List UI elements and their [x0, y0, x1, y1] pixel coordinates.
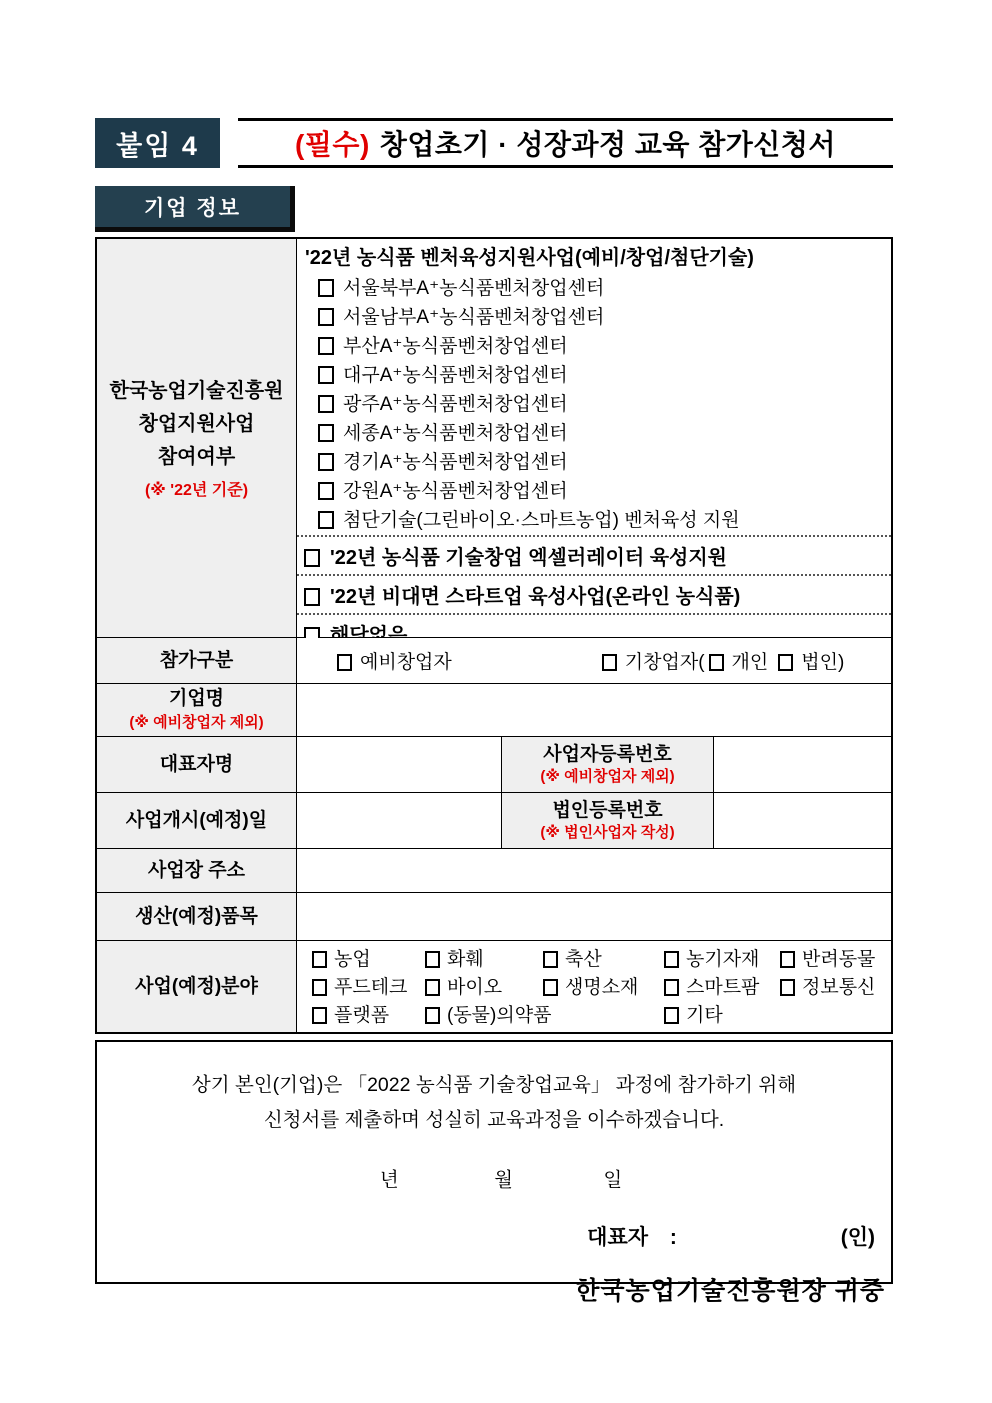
center-option-gwangju[interactable]: 광주A⁺농식품벤처창업센터 — [305, 390, 891, 419]
participation-note: (※ '22년 기준) — [145, 480, 248, 502]
checkbox-icon[interactable] — [543, 951, 558, 968]
checkbox-icon[interactable] — [337, 654, 352, 671]
participant-type-label: 참가구분 — [97, 638, 297, 683]
business-fields-label: 사업(예정)분야 — [97, 941, 297, 1032]
row-participant-type: 참가구분 예비창업자 기창업자(개인법인) — [97, 637, 891, 683]
checkbox-icon[interactable] — [543, 979, 558, 996]
center-option-seoul-south[interactable]: 서울남부A⁺농식품벤처창업센터 — [305, 303, 891, 332]
checkbox-icon-individual[interactable] — [709, 654, 724, 671]
pledge-line-2: 신청서를 제출하며 성실히 교육과정을 이수하겠습니다. — [97, 1103, 891, 1138]
date-line: 년 월 일 — [97, 1164, 891, 1192]
company-name-note: (※ 예비창업자 제외) — [129, 712, 263, 734]
fields-row-3: 플랫폼 (동물)의약품 기타 — [312, 1002, 891, 1030]
representative-line: 대표자 : (인) — [97, 1221, 891, 1251]
attachment-badge: 붙임 4 — [95, 118, 220, 168]
checkbox-icon[interactable] — [425, 979, 440, 996]
start-date-input[interactable] — [297, 793, 502, 848]
option-pre-founder[interactable]: 예비창업자 — [337, 647, 452, 674]
year-label: 년 — [380, 1164, 399, 1192]
field-option-pet[interactable]: 반려동물 — [780, 946, 891, 974]
checkbox-icon[interactable] — [318, 424, 334, 442]
seal-label: (인) — [841, 1226, 875, 1249]
checkbox-icon[interactable] — [664, 1007, 679, 1024]
row-address: 사업장 주소 — [97, 848, 891, 892]
field-option-farm-materials[interactable]: 농기자재 — [664, 946, 780, 974]
field-option-bio[interactable]: 바이오 — [425, 974, 543, 1002]
row-participation: 한국농업기술진흥원 창업지원사업 참여여부 (※ '22년 기준) '22년 농… — [97, 239, 891, 637]
pledge-line-1: 상기 본인(기업)은 「2022 농식품 기술창업교육」 과정에 참가하기 위해 — [97, 1068, 891, 1103]
checkbox-icon[interactable] — [318, 511, 334, 529]
row-ceo: 대표자명 사업자등록번호 (※ 예비창업자 제외) — [97, 736, 891, 792]
venture-program-title: '22년 농식품 벤처육성지원사업(예비/창업/첨단기술) — [305, 242, 891, 274]
checkbox-icon[interactable] — [664, 951, 679, 968]
field-option-smartfarm[interactable]: 스마트팜 — [664, 974, 780, 1002]
center-option-sejong[interactable]: 세종A⁺농식품벤처창업센터 — [305, 419, 891, 448]
address-label: 사업장 주소 — [97, 849, 297, 892]
venture-program-group: '22년 농식품 벤처육성지원사업(예비/창업/첨단기술) 서울북부A⁺농식품벤… — [297, 239, 891, 535]
tab-company-info: 기업 정보 — [95, 186, 295, 232]
center-option-daegu[interactable]: 대구A⁺농식품벤처창업센터 — [305, 361, 891, 390]
checkbox-icon[interactable] — [304, 549, 320, 567]
field-option-agriculture[interactable]: 농업 — [312, 946, 425, 974]
pledge-text: 상기 본인(기업)은 「2022 농식품 기술창업교육」 과정에 참가하기 위해… — [97, 1068, 891, 1138]
checkbox-icon[interactable] — [318, 453, 334, 471]
month-label: 월 — [494, 1164, 513, 1192]
header: 붙임 4 (필수) 창업초기 · 성장과정 교육 참가신청서 — [95, 118, 893, 168]
field-option-biomaterial[interactable]: 생명소재 — [543, 974, 664, 1002]
row-products: 생산(예정)품목 — [97, 892, 891, 940]
checkbox-icon[interactable] — [318, 395, 334, 413]
address-input[interactable] — [297, 849, 891, 892]
field-option-ict[interactable]: 정보통신 — [780, 974, 891, 1002]
representative-colon: : — [670, 1226, 677, 1249]
form-title: (필수) 창업초기 · 성장과정 교육 참가신청서 — [238, 118, 893, 168]
checkbox-icon[interactable] — [780, 951, 795, 968]
checkbox-icon[interactable] — [304, 588, 320, 606]
fields-row-2: 푸드테크 바이오 생명소재 스마트팜 정보통신 — [312, 974, 891, 1002]
checkbox-icon[interactable] — [780, 979, 795, 996]
option-existing-founder[interactable]: 기창업자(개인법인) — [602, 647, 845, 674]
center-option-gyeonggi[interactable]: 경기A⁺농식품벤처창업센터 — [305, 448, 891, 477]
checkbox-icon[interactable] — [312, 979, 327, 996]
center-option-seoul-north[interactable]: 서울북부A⁺농식품벤처창업센터 — [305, 274, 891, 303]
checkbox-icon[interactable] — [318, 279, 334, 297]
center-option-advanced-tech[interactable]: 첨단기술(그린바이오·스마트농업) 벤처육성 지원 — [305, 506, 891, 535]
checkbox-icon[interactable] — [312, 951, 327, 968]
checkbox-icon[interactable] — [318, 337, 334, 355]
recipient-line: 한국농업기술진흥원장 귀중 — [97, 1271, 891, 1307]
ceo-name-label: 대표자명 — [97, 737, 297, 792]
start-date-label: 사업개시(예정)일 — [97, 793, 297, 848]
checkbox-icon[interactable] — [318, 366, 334, 384]
company-name-label: 기업명 (※ 예비창업자 제외) — [97, 684, 297, 736]
checkbox-icon[interactable] — [664, 979, 679, 996]
row-company-name: 기업명 (※ 예비창업자 제외) — [97, 683, 891, 736]
checkbox-icon[interactable] — [425, 951, 440, 968]
participation-options: '22년 농식품 벤처육성지원사업(예비/창업/첨단기술) 서울북부A⁺농식품벤… — [297, 239, 891, 637]
checkbox-icon[interactable] — [318, 308, 334, 326]
option-untact-startup[interactable]: '22년 비대면 스타트업 육성사업(온라인 농식품) — [297, 574, 891, 613]
business-fields-options: 농업 화훼 축산 농기자재 반려동물 푸드테크 바이오 생명소재 스마트팜 정보… — [297, 941, 891, 1032]
participation-label: 한국농업기술진흥원 창업지원사업 참여여부 (※ '22년 기준) — [97, 239, 297, 637]
signature-section: 상기 본인(기업)은 「2022 농식품 기술창업교육」 과정에 참가하기 위해… — [95, 1040, 893, 1284]
field-option-livestock[interactable]: 축산 — [543, 946, 664, 974]
company-name-input[interactable] — [297, 684, 891, 736]
field-option-etc[interactable]: 기타 — [664, 1002, 780, 1030]
company-info-table: 한국농업기술진흥원 창업지원사업 참여여부 (※ '22년 기준) '22년 농… — [95, 237, 893, 1034]
biz-reg-no-note: (※ 예비창업자 제외) — [540, 767, 674, 787]
participant-type-options: 예비창업자 기창업자(개인법인) — [297, 638, 891, 683]
products-input[interactable] — [297, 893, 891, 940]
center-option-gangwon[interactable]: 강원A⁺농식품벤처창업센터 — [305, 477, 891, 506]
fields-row-1: 농업 화훼 축산 농기자재 반려동물 — [312, 946, 891, 974]
representative-label: 대표자 — [587, 1226, 648, 1249]
form-title-text: 창업초기 · 성장과정 교육 참가신청서 — [380, 123, 836, 163]
field-option-foodtech[interactable]: 푸드테크 — [312, 974, 425, 1002]
checkbox-icon[interactable] — [425, 1007, 440, 1024]
field-option-animal-medicine[interactable]: (동물)의약품 — [425, 1002, 664, 1030]
checkbox-icon[interactable] — [312, 1007, 327, 1024]
row-business-fields: 사업(예정)분야 농업 화훼 축산 농기자재 반려동물 푸드테크 바이오 생명소… — [97, 940, 891, 1032]
ceo-name-input[interactable] — [297, 737, 502, 792]
biz-reg-no-label: 사업자등록번호 (※ 예비창업자 제외) — [502, 737, 714, 792]
row-start-date: 사업개시(예정)일 법인등록번호 (※ 법인사업자 작성) — [97, 792, 891, 848]
products-label: 생산(예정)품목 — [97, 893, 297, 940]
corp-reg-no-note: (※ 법인사업자 작성) — [540, 823, 674, 843]
option-accelerator[interactable]: '22년 농식품 기술창업 엑셀러레이터 육성지원 — [297, 535, 891, 574]
checkbox-icon-corporate[interactable] — [778, 654, 793, 671]
required-tag: (필수) — [295, 123, 370, 163]
checkbox-icon[interactable] — [602, 654, 617, 671]
center-option-busan[interactable]: 부산A⁺농식품벤처창업센터 — [305, 332, 891, 361]
form-page: 붙임 4 (필수) 창업초기 · 성장과정 교육 참가신청서 기업 정보 한국농… — [0, 0, 992, 1403]
day-label: 일 — [603, 1164, 622, 1192]
biz-reg-no-input[interactable] — [714, 737, 891, 792]
checkbox-icon[interactable] — [318, 482, 334, 500]
corp-reg-no-label: 법인등록번호 (※ 법인사업자 작성) — [502, 793, 714, 848]
field-option-platform[interactable]: 플랫폼 — [312, 1002, 425, 1030]
field-option-flower[interactable]: 화훼 — [425, 946, 543, 974]
corp-reg-no-input[interactable] — [714, 793, 891, 848]
